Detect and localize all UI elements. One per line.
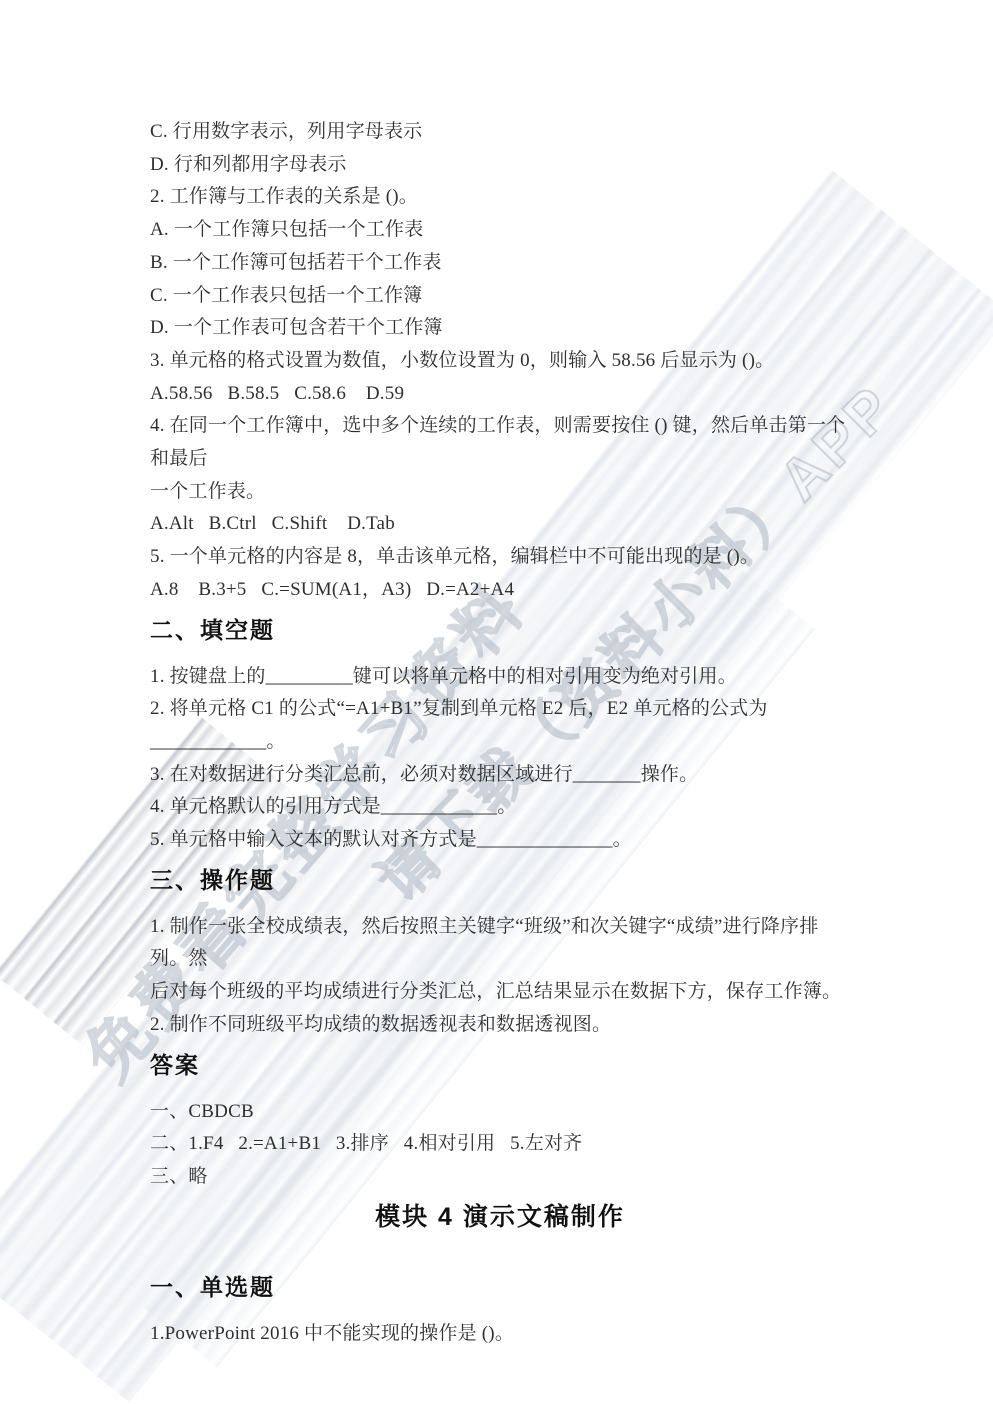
doc-line: C. 行用数字表示，列用字母表示 [150, 116, 850, 149]
doc-line: 1. 制作一张全校成绩表，然后按照主关键字“班级”和次关键字“成绩”进行降序排列… [150, 911, 850, 976]
section-heading: 二、填空题 [150, 615, 850, 645]
document-content: C. 行用数字表示，列用字母表示D. 行和列都用字母表示2. 工作簿与工作表的关… [150, 116, 850, 1350]
doc-line: 5. 单元格中输入文本的默认对齐方式是______________。 [150, 824, 850, 857]
doc-line: 2. 工作簿与工作表的关系是 ()。 [150, 181, 850, 214]
doc-line: A.Alt B.Ctrl C.Shift D.Tab [150, 508, 850, 541]
doc-line: 三、略 [150, 1161, 850, 1194]
section-heading: 一、单选题 [150, 1272, 850, 1302]
module-title: 模块 4 演示文稿制作 [150, 1200, 850, 1234]
section-heading: 三、操作题 [150, 865, 850, 895]
doc-line: A.8 B.3+5 C.=SUM(A1，A3) D.=A2+A4 [150, 574, 850, 607]
document-page: 免费看完整学习资料 请下载（资料小料）APP C. 行用数字表示，列用字母表示D… [0, 0, 993, 1404]
doc-line: 3. 在对数据进行分类汇总前，必须对数据区域进行_______操作。 [150, 759, 850, 792]
doc-line: 后对每个班级的平均成绩进行分类汇总，汇总结果显示在数据下方，保存工作簿。 [150, 976, 850, 1009]
doc-line: 4. 在同一个工作簿中，选中多个连续的工作表，则需要按住 () 键，然后单击第一… [150, 410, 850, 475]
doc-line: 二、1.F4 2.=A1+B1 3.排序 4.相对引用 5.左对齐 [150, 1128, 850, 1161]
doc-line: 3. 单元格的格式设置为数值，小数位设置为 0，则输入 58.56 后显示为 (… [150, 345, 850, 378]
doc-line: D. 行和列都用字母表示 [150, 149, 850, 182]
doc-line: 1. 按键盘上的_________键可以将单元格中的相对引用变为绝对引用。 [150, 661, 850, 694]
doc-line: A.58.56 B.58.5 C.58.6 D.59 [150, 378, 850, 411]
doc-line: 2. 制作不同班级平均成绩的数据透视表和数据透视图。 [150, 1009, 850, 1042]
doc-line: D. 一个工作表可包含若干个工作簿 [150, 312, 850, 345]
doc-line: 1.PowerPoint 2016 中不能实现的操作是 ()。 [150, 1318, 850, 1351]
doc-line: 4. 单元格默认的引用方式是____________。 [150, 791, 850, 824]
doc-line: 一个工作表。 [150, 476, 850, 509]
doc-line: 2. 将单元格 C1 的公式“=A1+B1”复制到单元格 E2 后，E2 单元格… [150, 693, 850, 758]
doc-line: B. 一个工作簿可包括若干个工作表 [150, 247, 850, 280]
doc-line: 一、CBDCB [150, 1096, 850, 1129]
section-heading: 答案 [150, 1050, 850, 1080]
doc-line: 5. 一个单元格的内容是 8，单击该单元格，编辑栏中不可能出现的是 ()。 [150, 541, 850, 574]
doc-line: A. 一个工作簿只包括一个工作表 [150, 214, 850, 247]
doc-line: C. 一个工作表只包括一个工作簿 [150, 280, 850, 313]
